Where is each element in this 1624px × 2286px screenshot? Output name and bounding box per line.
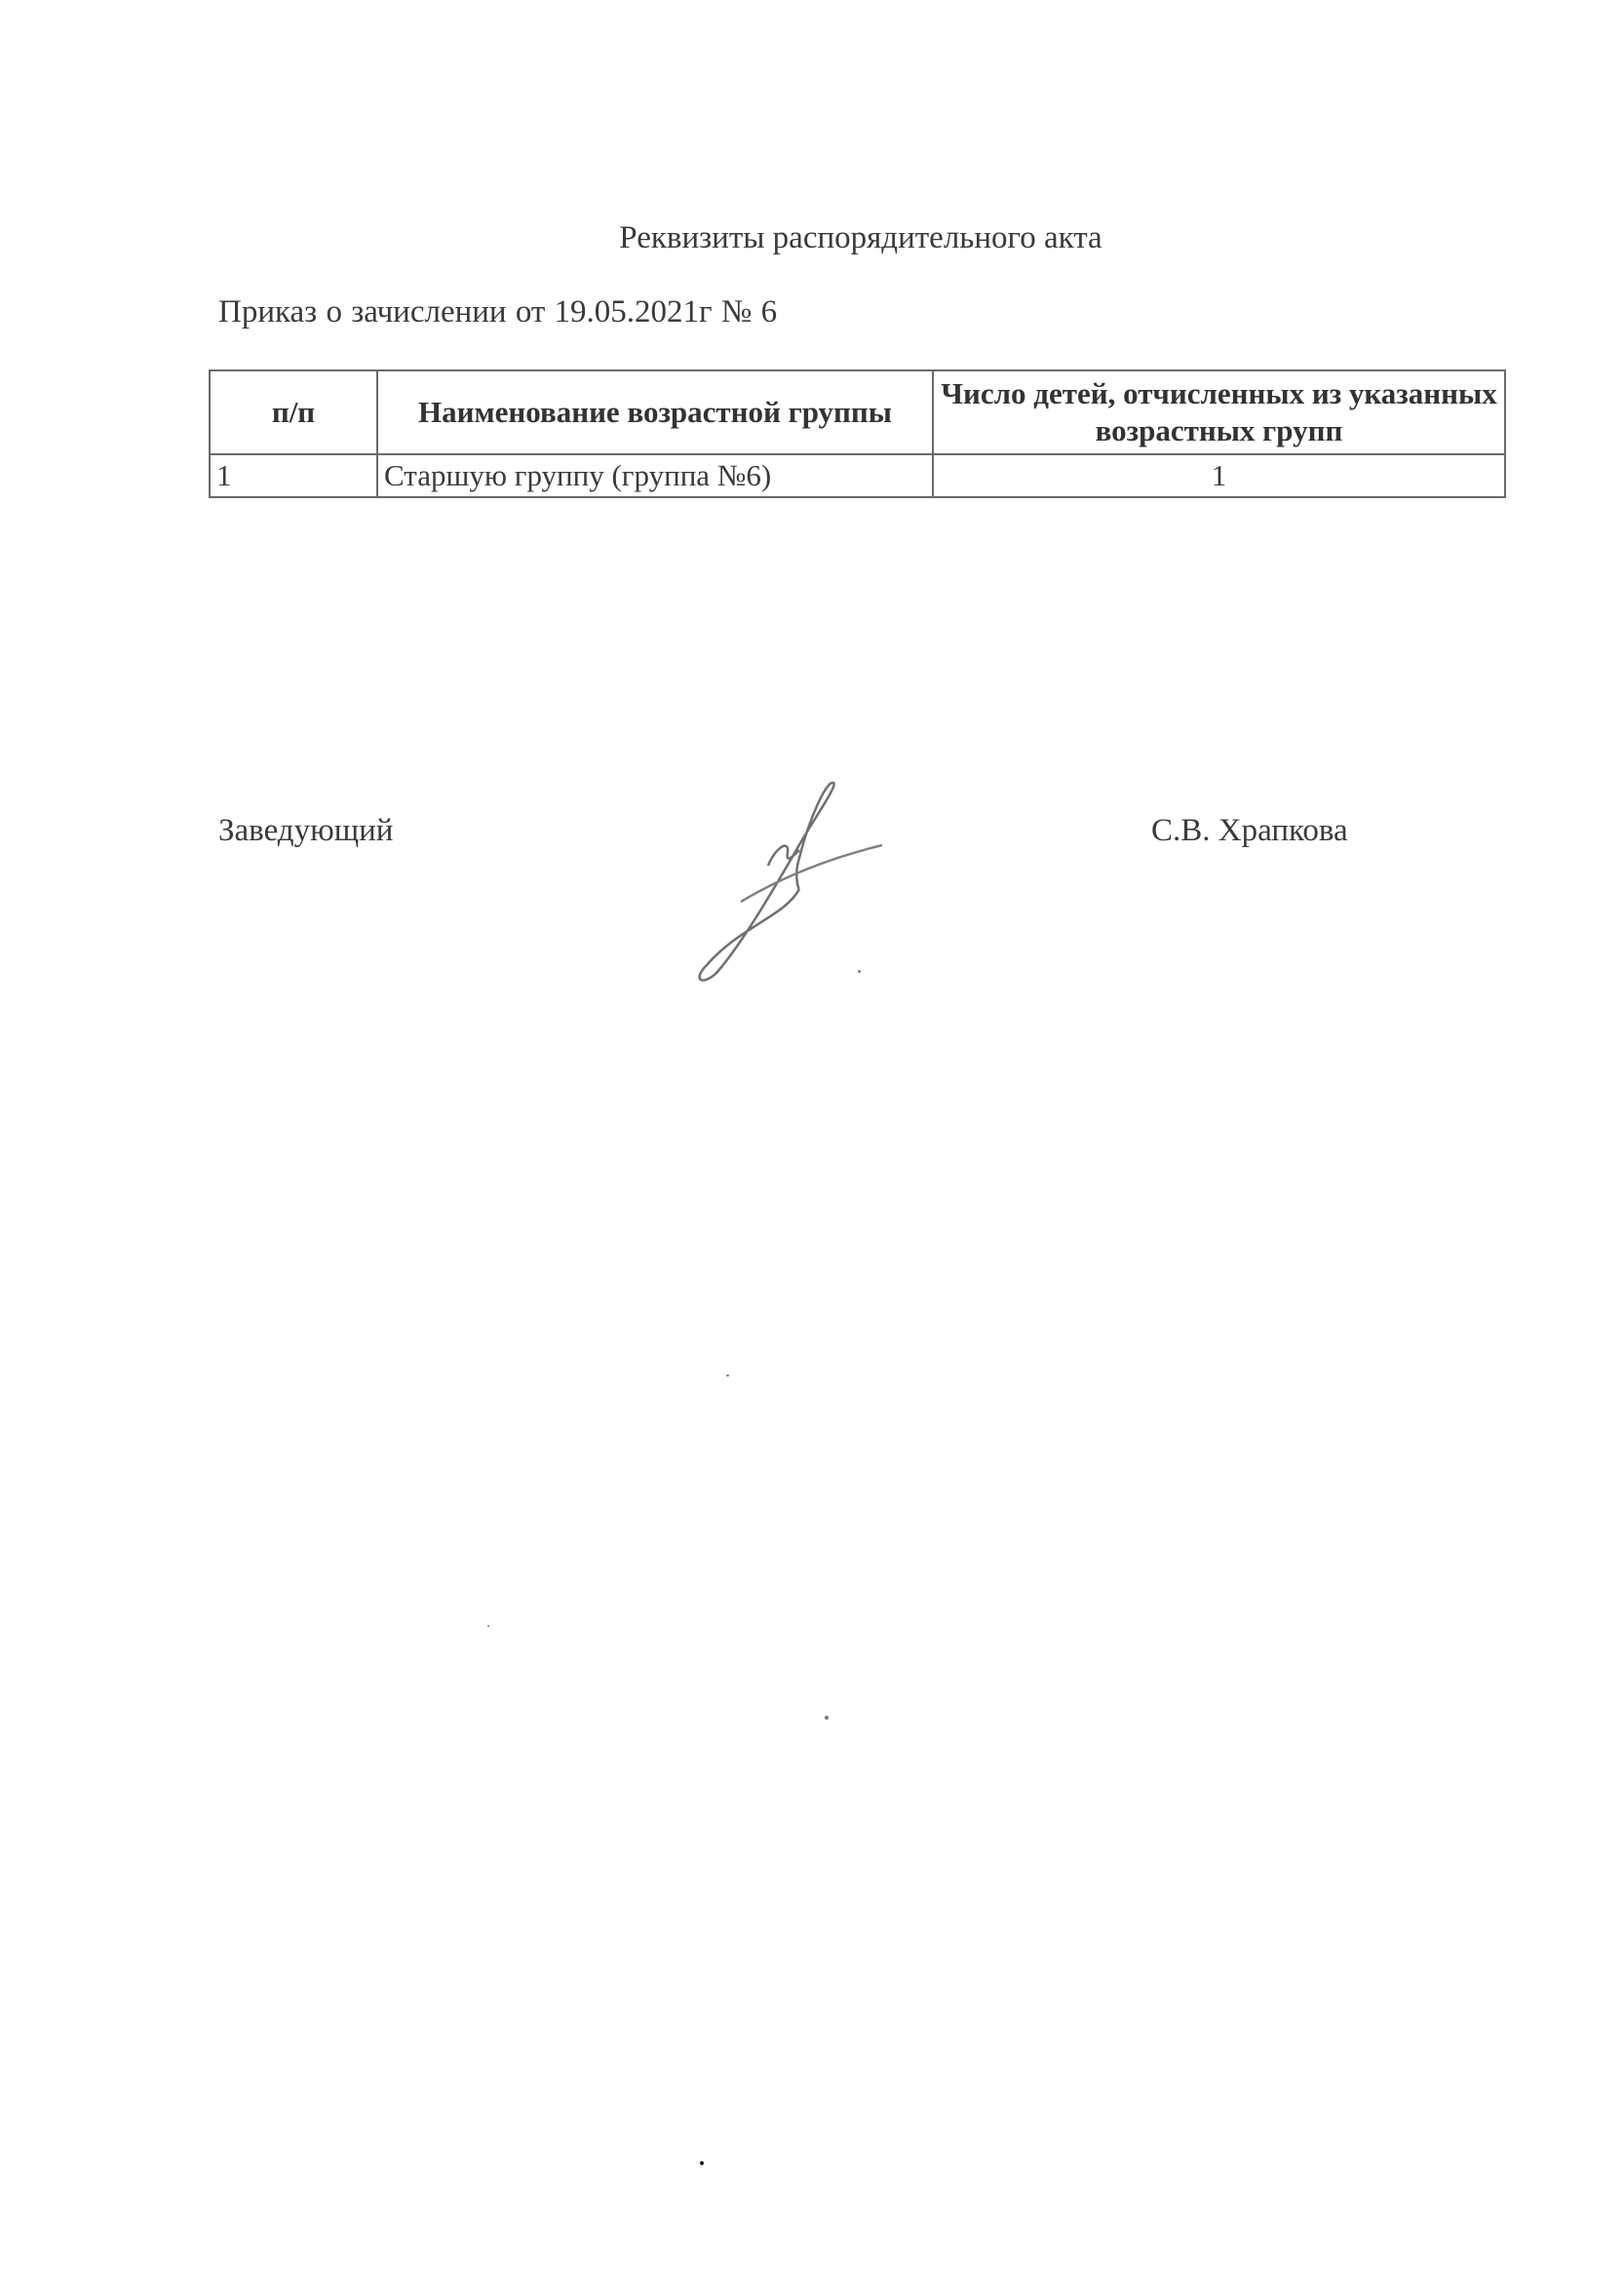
scan-speck <box>726 1375 729 1376</box>
scan-speck <box>487 1625 489 1627</box>
cell-group-name: Старшую группу (группа №6) <box>377 454 933 497</box>
header-children-count: Число детей, отчисленных из указанных во… <box>933 370 1505 454</box>
header-group-name: Наименование возрастной группы <box>377 370 933 454</box>
scan-speck <box>825 1716 829 1720</box>
signature-icon <box>682 780 936 985</box>
cell-index: 1 <box>210 454 377 497</box>
table-header-row: п/п Наименование возрастной группы Число… <box>210 370 1505 454</box>
order-reference: Приказ о зачислении от 19.05.2021г № 6 <box>218 294 777 330</box>
header-index: п/п <box>210 370 377 454</box>
signatory-name: С.В. Храпкова <box>1151 813 1348 849</box>
scan-speck <box>700 2161 704 2165</box>
groups-table: п/п Наименование возрастной группы Число… <box>209 369 1506 498</box>
table-row: 1 Старшую группу (группа №6) 1 <box>210 454 1505 497</box>
document-title: Реквизиты распорядительного акта <box>0 220 1624 256</box>
signatory-position: Заведующий <box>218 813 393 849</box>
cell-children-count: 1 <box>933 454 1505 497</box>
scan-speck <box>858 970 861 973</box>
